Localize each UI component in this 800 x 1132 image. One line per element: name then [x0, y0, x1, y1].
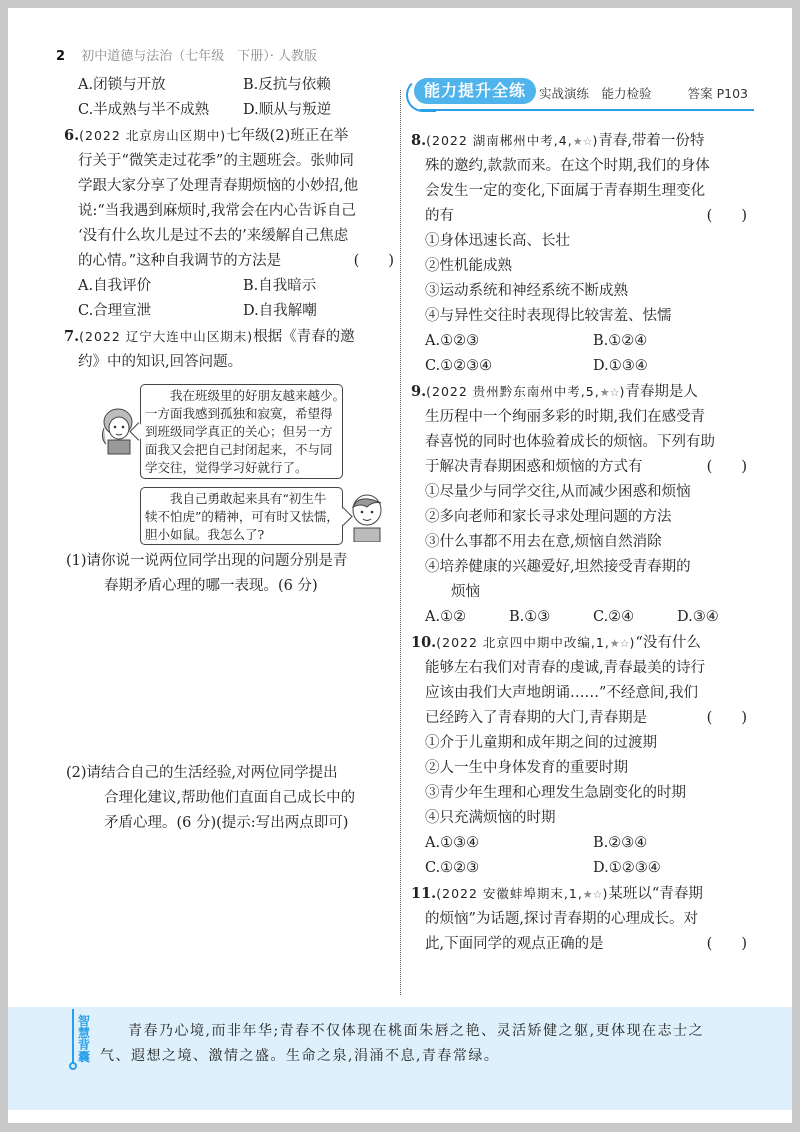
q6-option-c[interactable]: C.合理宣泄 [64, 299, 229, 324]
book-title: 初中道德与法治（七年级 下册）· 人教版 [81, 49, 317, 64]
right-column: 8.(2022 湖南郴州中考,4,★☆)青春,带着一份特 殊的邀约,款款而来。在… [411, 128, 747, 957]
q8-item: ④与异性交往时表现得比较害羞、怯懦 [411, 304, 747, 329]
q9-item: ②多向老师和家长寻求处理问题的方法 [411, 505, 747, 530]
q11-number: 11. [411, 885, 436, 902]
q9-option-d[interactable]: D.③④ [663, 605, 747, 630]
q8-number: 8. [411, 132, 426, 149]
q7-sub1-answer-space[interactable] [64, 599, 394, 761]
q9-item: ③什么事都不用去在意,烦恼自然消除 [411, 530, 747, 555]
banner-underline [420, 109, 754, 111]
wisdom-tip-line: 青春乃心境,而非年华;青春不仅体现在桃面朱唇之艳、灵活矫健之躯,更体现在志士之 [100, 1019, 760, 1044]
q10-line: 能够左右我们对青春的虔诚,青春最美的诗行 [411, 656, 747, 681]
q8-item: ②性机能成熟 [411, 254, 747, 279]
q6-number: 6. [64, 127, 79, 144]
q9-line: 青春期是人 [625, 384, 698, 400]
q9-item: ④培养健康的兴趣爱好,坦然接受青春期的 [411, 555, 747, 580]
q6-option-b[interactable]: B.自我暗示 [229, 274, 394, 299]
q6-source: (2022 北京房山区期中) [79, 128, 226, 143]
question-10: 10.(2022 北京四中期中改编,1,★☆)“没有什么 能够左右我们对青春的虔… [411, 630, 747, 881]
q11-answer-blank[interactable]: ( ) [707, 932, 747, 957]
column-divider [400, 90, 401, 995]
section-title-pill: 能力提升全练 [414, 78, 536, 104]
q8-line: 的有 [425, 208, 454, 224]
q11-line: 的烦恼”为话题,探讨青春期的心理成长。对 [411, 907, 747, 932]
question-7: 7.(2022 辽宁大连中山区期末)根据《青春的邀 约》中的知识,回答问题。 我… [64, 324, 394, 836]
q7-line: 约》中的知识,回答问题。 [64, 350, 394, 375]
q9-option-a[interactable]: A.①② [411, 605, 495, 630]
bubble-line: 犊不怕虎”的精神，可有时又怯懦， [145, 508, 338, 526]
difficulty-star-icon: ★☆ [600, 386, 620, 399]
q11-line: 此,下面同学的观点正确的是 [425, 936, 604, 952]
wisdom-tip-label: 智慧背囊 [78, 1015, 92, 1063]
question-9: 9.(2022 贵州黔东南州中考,5,★☆)青春期是人 生历程中一个绚丽多彩的时… [411, 379, 747, 630]
q7-sub2-line: 合理化建议,帮助他们直面自己成长中的 [64, 786, 394, 811]
q9-item: 烦恼 [411, 580, 747, 605]
q7-sub1-line: 春期矛盾心理的哪一表现。(6 分) [64, 574, 394, 599]
wisdom-tip-text: 青春乃心境,而非年华;青春不仅体现在桃面朱唇之艳、灵活矫健之躯,更体现在志士之 … [100, 1019, 760, 1069]
wisdom-tip-footer: 智慧背囊 青春乃心境,而非年华;青春不仅体现在桃面朱唇之艳、灵活矫健之躯,更体现… [8, 1007, 792, 1110]
q9-item: ①尽量少与同学交往,从而减少困惑和烦恼 [411, 480, 747, 505]
wavy-edge-decoration [8, 1004, 792, 1008]
q5-option-a[interactable]: A.闭锁与开放 [64, 73, 229, 98]
q10-item: ④只充满烦恼的时期 [411, 806, 747, 831]
bubble-line: 面我又会把自己封闭起来，不与同 [145, 441, 338, 459]
q8-line: 青春,带着一份特 [598, 133, 704, 149]
q7-source: (2022 辽宁大连中山区期末) [79, 329, 253, 344]
q8-answer-blank[interactable]: ( ) [707, 204, 747, 229]
girl-speech-bubble: 我在班级里的好朋友越来越少。 一方面我感到孤独和寂寞，希望得 到班级同学真正的关… [140, 384, 343, 479]
q10-item: ①介于儿童期和成年期之间的过渡期 [411, 731, 747, 756]
q5-option-d[interactable]: D.顺从与叛逆 [229, 98, 394, 123]
q10-option-c[interactable]: C.①②③ [411, 856, 579, 881]
q9-option-c[interactable]: C.②④ [579, 605, 663, 630]
q5-option-c[interactable]: C.半成熟与半不成熟 [64, 98, 229, 123]
bubble-line: 胆小如鼠。我怎么了? [145, 526, 338, 544]
q7-number: 7. [64, 328, 79, 345]
q6-line: 说:“当我遇到麻烦时,我常会在内心告诉自己 [64, 199, 394, 224]
answer-page-reference[interactable]: 答案 P103 [688, 84, 748, 102]
q6-line: ‘没有什么坎儿是过不去的’来缓解自己焦虑 [64, 224, 394, 249]
q5-options-row-1: A.闭锁与开放 B.反抗与依赖 [64, 73, 394, 98]
q10-source: (2022 北京四中期中改编,1, [436, 635, 610, 650]
q6-answer-blank[interactable]: ( ) [354, 249, 394, 274]
q11-line: 某班以“青春期 [608, 886, 702, 902]
q10-number: 10. [411, 634, 436, 651]
q10-option-a[interactable]: A.①③④ [411, 831, 579, 856]
difficulty-star-icon: ★☆ [610, 637, 630, 650]
q7-sub2-line: (2)请结合自己的生活经验,对两位同学提出 [64, 761, 394, 786]
boy-cartoon-icon [346, 492, 388, 542]
tag-dot-decoration [69, 1062, 77, 1070]
q11-source: (2022 安徽蚌埠期末,1, [436, 886, 583, 901]
q6-line: 七年级(2)班正在举 [226, 128, 348, 144]
q6-option-d[interactable]: D.自我解嘲 [229, 299, 394, 324]
section-subtitle: 实战演练 能力检验 [539, 84, 652, 102]
question-6: 6.(2022 北京房山区期中)七年级(2)班正在举 行关于“微笑走过花季”的主… [64, 123, 394, 324]
q5-option-b[interactable]: B.反抗与依赖 [229, 73, 394, 98]
q6-option-a[interactable]: A.自我评价 [64, 274, 229, 299]
q10-option-b[interactable]: B.②③④ [579, 831, 747, 856]
q10-line: “没有什么 [635, 635, 700, 651]
q9-line: 春喜悦的同时也体验着成长的烦恼。下列有助 [411, 430, 747, 455]
q9-line: 于解决青春期困惑和烦恼的方式有 [425, 459, 643, 475]
q10-item: ②人一生中身体发育的重要时期 [411, 756, 747, 781]
tag-line-decoration [72, 1009, 74, 1063]
q8-source: (2022 湖南郴州中考,4, [426, 133, 573, 148]
question-8: 8.(2022 湖南郴州中考,4,★☆)青春,带着一份特 殊的邀约,款款而来。在… [411, 128, 747, 379]
q6-line: 行关于“微笑走过花季”的主题班会。张帅同 [64, 149, 394, 174]
q7-sub2-line: 矛盾心理。(6 分)(提示:写出两点即可) [64, 811, 394, 836]
q10-line: 已经跨入了青春期的大门,青春期是 [425, 710, 647, 726]
q8-line: 殊的邀约,款款而来。在这个时期,我们的身体 [411, 154, 747, 179]
q8-option-b[interactable]: B.①②④ [579, 329, 747, 354]
difficulty-star-icon: ★☆ [573, 135, 593, 148]
q8-item: ①身体迅速长高、长壮 [411, 229, 747, 254]
wisdom-tip-line: 气、遐想之境、激情之盛。生命之泉,涓涌不息,青春常绿。 [100, 1044, 760, 1069]
bubble-line: 学交往，觉得学习好就行了。 [145, 459, 338, 477]
q7-sub1-line: (1)请你说一说两位同学出现的问题分别是青 [64, 549, 394, 574]
q9-answer-blank[interactable]: ( ) [707, 455, 747, 480]
bubble-line: 一方面我感到孤独和寂寞，希望得 [145, 405, 338, 423]
bubble-line: 我在班级里的好朋友越来越少。 [145, 387, 338, 405]
q7-dialog-illustration: 我在班级里的好朋友越来越少。 一方面我感到孤独和寂寞，希望得 到班级同学真正的关… [64, 384, 394, 549]
q7-line: 根据《青春的邀 [253, 329, 355, 345]
left-column: A.闭锁与开放 B.反抗与依赖 C.半成熟与半不成熟 D.顺从与叛逆 6.(20… [64, 73, 394, 836]
q9-number: 9. [411, 383, 426, 400]
question-11: 11.(2022 安徽蚌埠期末,1,★☆)某班以“青春期 的烦恼”为话题,探讨青… [411, 881, 747, 957]
bubble-line: 到班级同学真正的关心；但另一方 [145, 423, 338, 441]
q10-answer-blank[interactable]: ( ) [707, 706, 747, 731]
page-number: 2 [56, 49, 65, 64]
q8-line: 会发生一定的变化,下面属于青春期生理变化 [411, 179, 747, 204]
q5-options-row-2: C.半成熟与半不成熟 D.顺从与叛逆 [64, 98, 394, 123]
bubble-line: 我自己勇敢起来具有“初生牛 [145, 490, 338, 508]
q8-option-a[interactable]: A.①②③ [411, 329, 579, 354]
q6-line: 学跟大家分享了处理青春期烦恼的小妙招,他 [64, 174, 394, 199]
q10-line: 应该由我们大声地朗诵……”不经意间,我们 [411, 681, 747, 706]
q10-item: ③青少年生理和心理发生急剧变化的时期 [411, 781, 747, 806]
q9-line: 生历程中一个绚丽多彩的时期,我们在感受青 [411, 405, 747, 430]
difficulty-star-icon: ★☆ [583, 888, 603, 901]
q6-line: 的心情。”这种自我调节的方法是 [78, 253, 281, 269]
q9-option-b[interactable]: B.①③ [495, 605, 579, 630]
section-banner: 能力提升全练 实战演练 能力检验 答案 P103 [406, 75, 752, 111]
q9-source: (2022 贵州黔东南州中考,5, [426, 384, 600, 399]
q8-item: ③运动系统和神经系统不断成熟 [411, 279, 747, 304]
q8-option-d[interactable]: D.①③④ [579, 354, 747, 379]
q10-option-d[interactable]: D.①②③④ [579, 856, 747, 881]
boy-speech-bubble: 我自己勇敢起来具有“初生牛 犊不怕虎”的精神，可有时又怯懦， 胆小如鼠。我怎么了… [140, 487, 343, 545]
q8-option-c[interactable]: C.①②③④ [411, 354, 579, 379]
running-header: 2 初中道德与法治（七年级 下册）· 人教版 [56, 45, 317, 64]
